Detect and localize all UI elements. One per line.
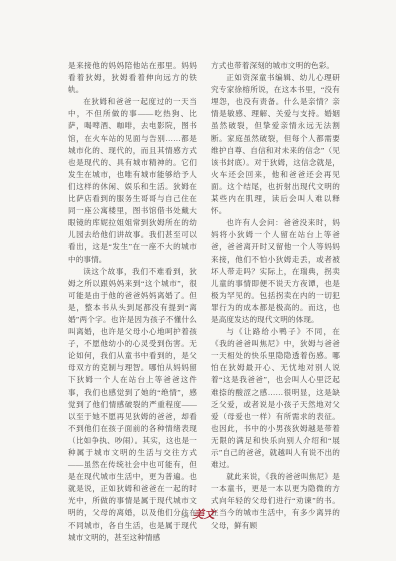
paragraph: 就此来说，《我的爸爸叫焦尼》是一本童书，更是一本以更为隐微的方式向年轻的父母们进… [211, 471, 340, 531]
paragraph: 也许有人会问：爸爸没来时，妈妈将小狄姆一个人留在站台上等爸爸，爸爸离开时又留他一… [211, 217, 340, 326]
paragraph-continuation: 是来接他的妈妈陪他站在那里。妈妈看着狄姆，狄姆看着伸向远方的铁轨。 [68, 60, 197, 96]
paragraph-continuation: 方式也带着深刻的城市文明的色彩。 [211, 60, 340, 72]
paragraph: 在狄姆和爸爸一起度过的一天当中，不但所做的事——吃热狗、比萨，喝啤酒、咖啡，去电… [68, 96, 197, 265]
paragraph: 正如资深童书编辑、幼儿心理研究专家徐榕所说，在这本书里，“没有埋怨，也没有责备。… [211, 72, 340, 217]
paragraph: 读这个故事，我们不难看到，狄姆之所以跟妈妈来到“这个城市”，很可能是由于他的爸爸… [68, 266, 197, 544]
page-number: 54 [181, 513, 189, 520]
page-footer: 54 美文 [0, 509, 396, 520]
document-page: 是来接他的妈妈陪他站在那里。妈妈看着狄姆，狄姆看着伸向远方的铁轨。 在狄姆和爸爸… [0, 0, 396, 561]
magazine-logo: 美文 [192, 509, 215, 520]
text-columns: 是来接他的妈妈陪他站在那里。妈妈看着狄姆，狄姆看着伸向远方的铁轨。 在狄姆和爸爸… [68, 60, 340, 544]
right-column: 方式也带着深刻的城市文明的色彩。 正如资深童书编辑、幼儿心理研究专家徐榕所说，在… [211, 60, 340, 544]
left-column: 是来接他的妈妈陪他站在那里。妈妈看着狄姆，狄姆看着伸向远方的铁轨。 在狄姆和爸爸… [68, 60, 197, 544]
paragraph: 与《让路给小鸭子》不同，在《我的爸爸叫焦尼》中，狄姆与爸爸一天相处的快乐里隐隐透… [211, 326, 340, 471]
